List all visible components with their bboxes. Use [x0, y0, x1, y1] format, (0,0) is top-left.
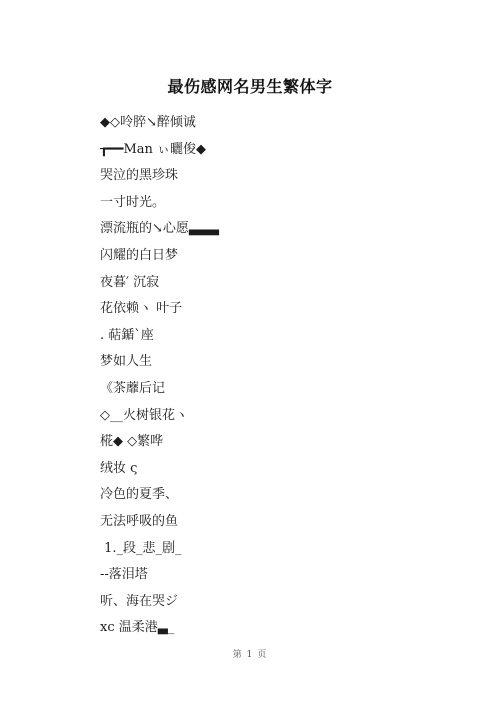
page-number: 第 1 页	[0, 647, 500, 660]
list-item: xc 温柔港▃_	[100, 618, 420, 645]
list-item: --落泪塔	[100, 565, 420, 592]
page-title: 最伤感网名男生繁体字	[0, 74, 500, 97]
nickname-list: ◆◇呤脺↘醉倾诚 ┲━━Man ぃ曬俊◆ 哭泣的黑珍珠 一寸时光。 漂流瓶的↘心…	[100, 113, 420, 645]
list-item: ◆◇呤脺↘醉倾诚	[100, 113, 420, 140]
list-item: 《茶蘼后记	[100, 379, 420, 406]
list-item: 听、海在哭ジ	[100, 592, 420, 619]
list-item: 无法呼吸的鱼	[100, 512, 420, 539]
list-item: 椛◆ ◇繁哗	[100, 432, 420, 459]
list-item: 闪耀的白日梦	[100, 246, 420, 273]
list-item: 花依赖ヽ 叶子	[100, 299, 420, 326]
document-page: 最伤感网名男生繁体字 ◆◇呤脺↘醉倾诚 ┲━━Man ぃ曬俊◆ 哭泣的黑珍珠 一…	[0, 0, 500, 708]
list-item: ┲━━Man ぃ曬俊◆	[100, 140, 420, 167]
list-item: 1._段_悲_剧_	[100, 539, 420, 566]
list-item: 梦如人生	[100, 352, 420, 379]
list-item: 一寸时光。	[100, 193, 420, 220]
list-item: . 萜鍎ˋ座	[100, 326, 420, 353]
list-item: 哭泣的黑珍珠	[100, 166, 420, 193]
list-item: 绒妆 ς	[100, 459, 420, 486]
list-item: ◇__火树银花ヽ	[100, 406, 420, 433]
list-item: 冷色的夏季、	[100, 485, 420, 512]
list-item: 夜暮′ 沉寂	[100, 273, 420, 300]
list-item: 漂流瓶的↘心愿▃▃▃	[100, 219, 420, 246]
